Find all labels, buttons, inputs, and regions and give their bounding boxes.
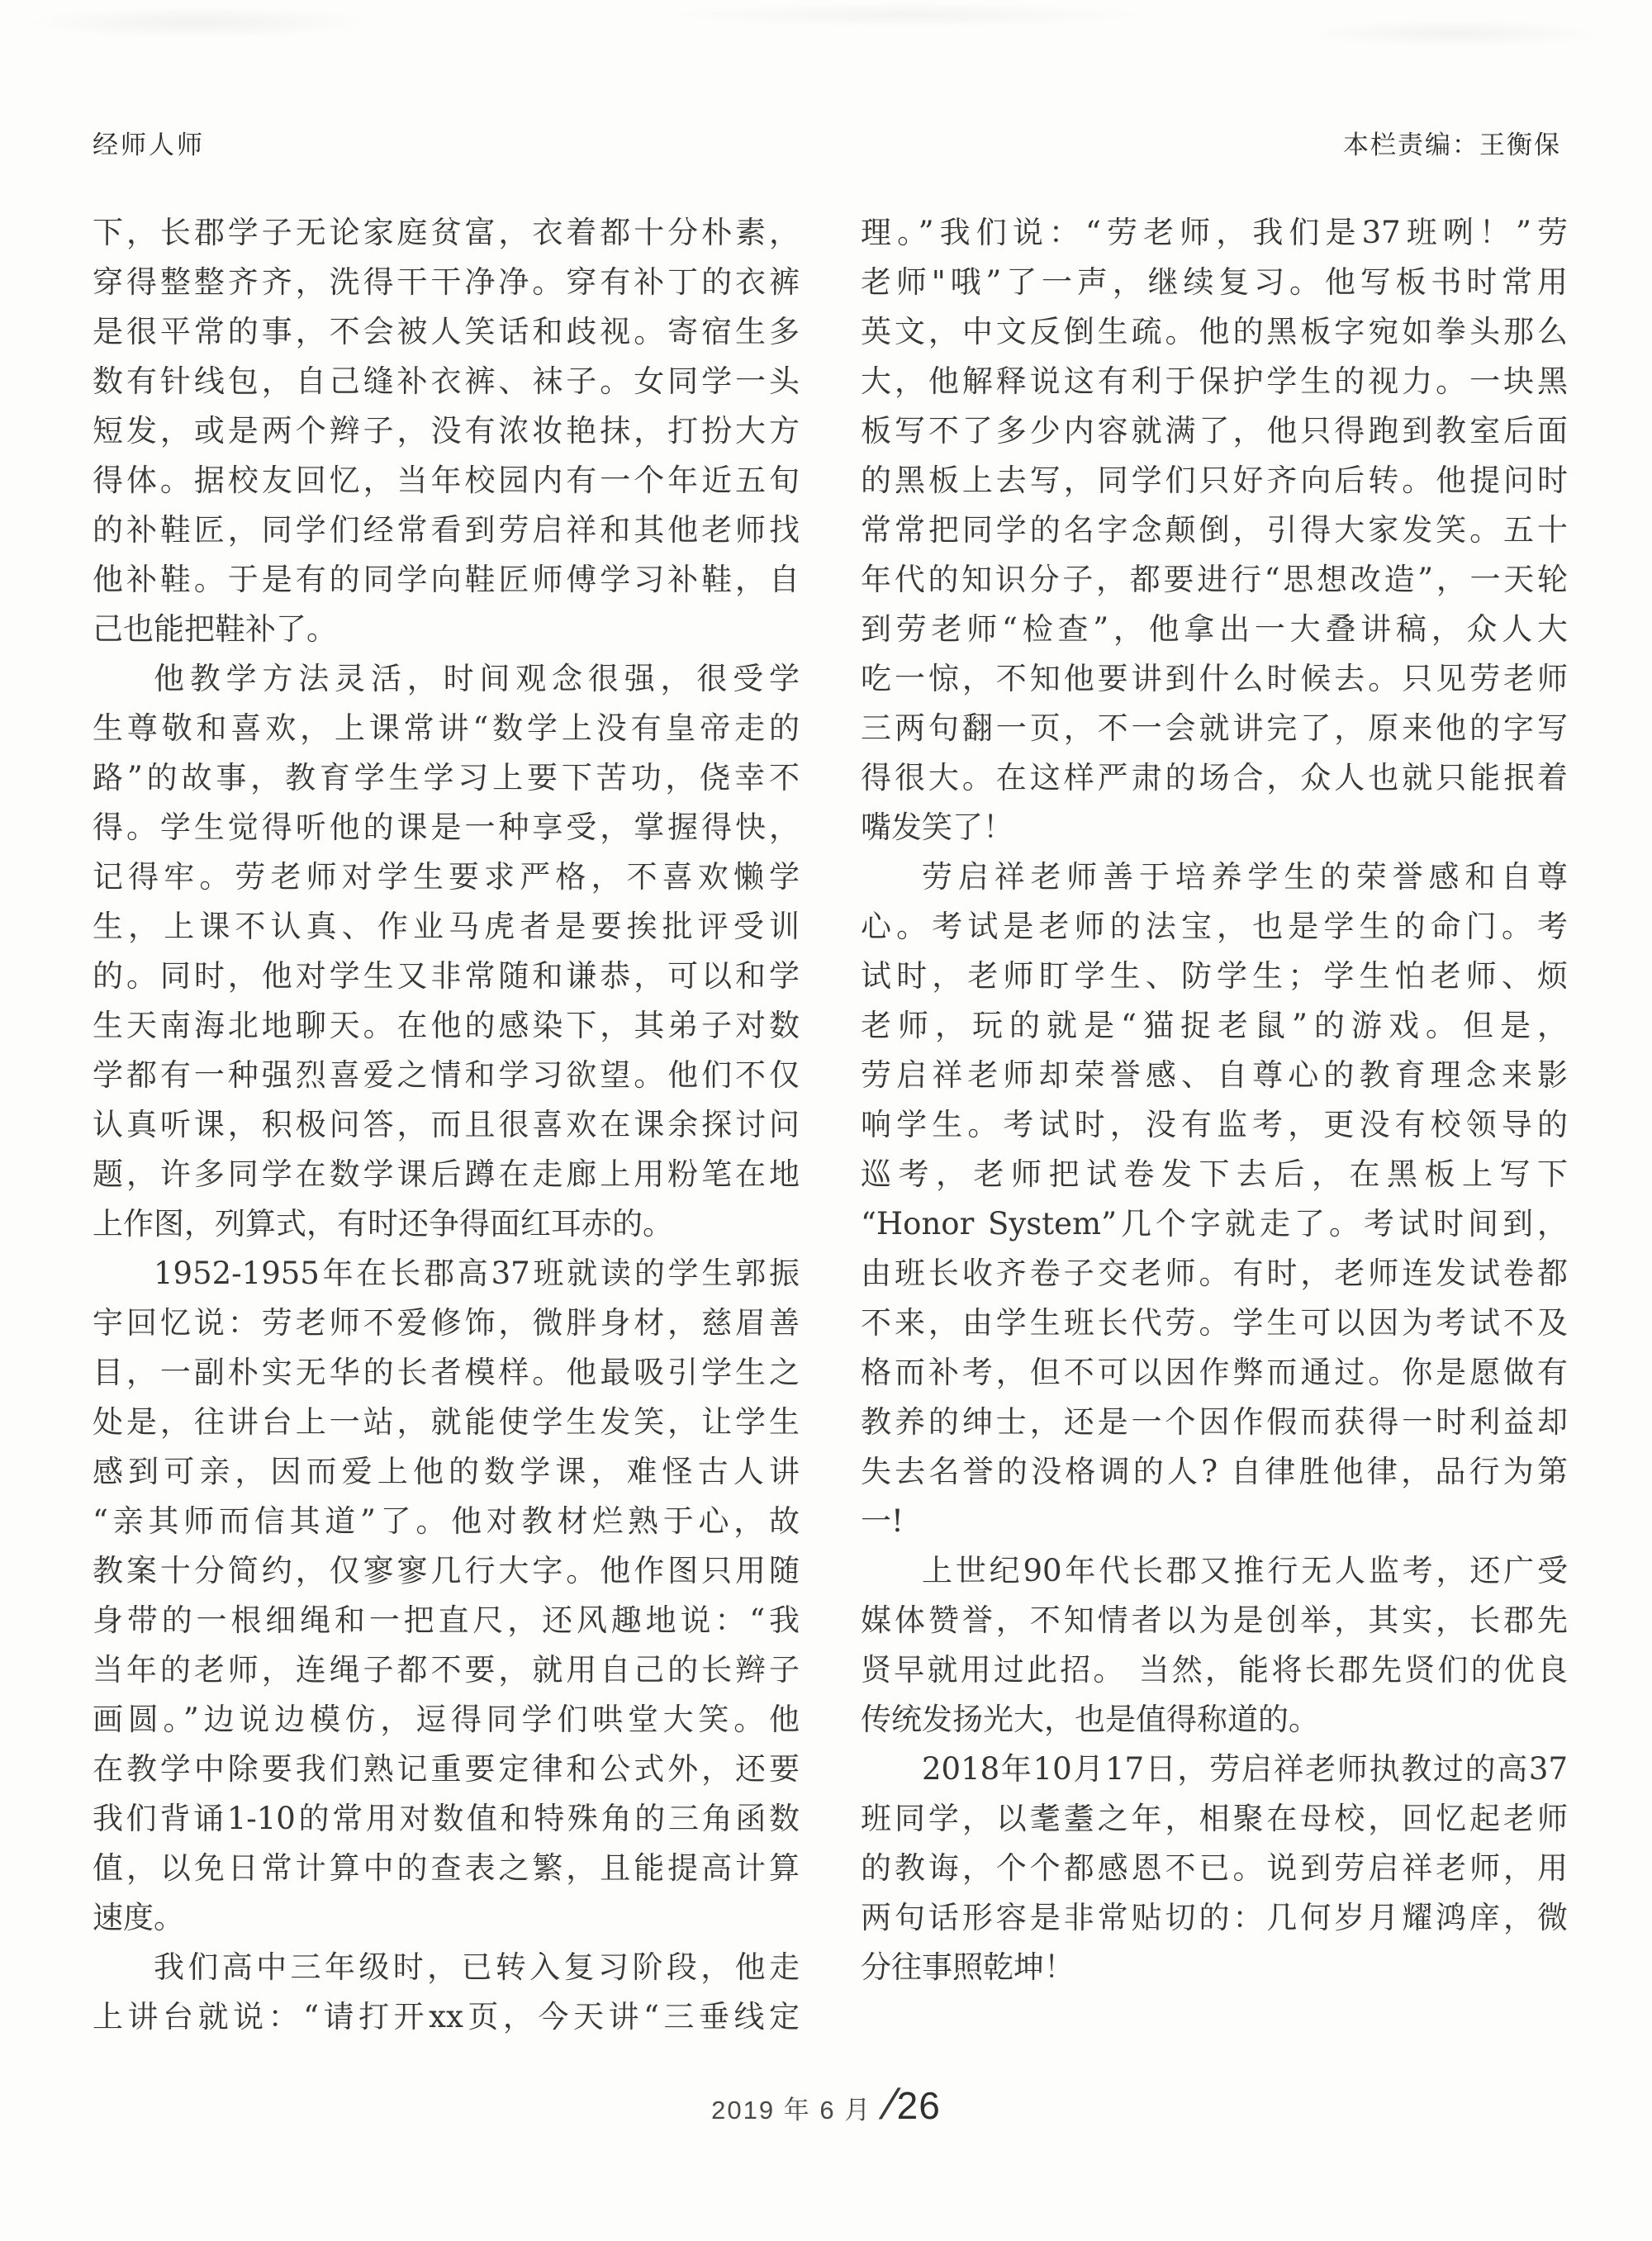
text-line: 班同学，以耄耋之年，相聚在母校，回忆起老师 (861, 1794, 1568, 1844)
text-line: 得体。据校友回忆，当年校园内有一个年近五旬 (93, 456, 800, 506)
text-line: 身带的一根细绳和一把直尺，还风趣地说：“我 (93, 1596, 800, 1645)
text-line: 值，以免日常计算中的查表之繁，且能提高计算 (93, 1844, 800, 1893)
page-footer: 2019 年 6 月 / 26 (0, 2080, 1652, 2129)
text-line: 到劳老师“检查”，他拿出一大叠讲稿，众人大 (861, 605, 1568, 654)
text-line: 三两句翻一页，不一会就讲完了，原来他的字写 (861, 704, 1568, 753)
text-line: 嘴发笑了！ (861, 803, 1568, 852)
text-line: 劳启祥老师却荣誉感、自尊心的教育理念来影 (861, 1051, 1568, 1100)
text-line: 巡考，老师把试卷发下去后，在黑板上写下 (861, 1150, 1568, 1199)
text-line: 是很平常的事，不会被人笑话和歧视。寄宿生多 (93, 307, 800, 357)
text-line: 学都有一种强烈喜爱之情和学习欲望。他们不仅 (93, 1051, 800, 1100)
header-editor-credit: 本栏责编：王衡保 (1343, 124, 1561, 161)
text-line: 常常把同学的名字念颠倒，引得大家发笑。五十 (861, 506, 1568, 555)
text-line: 由班长收齐卷子交老师。有时，老师连发试卷都 (861, 1249, 1568, 1299)
text-line: 媒体赞誉，不知情者以为是创举，其实，长郡先 (861, 1596, 1568, 1645)
text-line: 上作图，列算式，有时还争得面红耳赤的。 (93, 1199, 800, 1249)
text-line: 短发，或是两个辫子，没有浓妆艳抹，打扮大方 (93, 406, 800, 456)
footer-separator-slash: / (880, 2080, 899, 2129)
text-line: 教案十分简约，仅寥寥几行大字。他作图只用随 (93, 1546, 800, 1596)
text-line: 生尊敬和喜欢，上课常讲“数学上没有皇帝走的 (93, 704, 800, 753)
text-line: 教养的绅士，还是一个因作假而获得一时利益却 (861, 1398, 1568, 1447)
text-line: 下，长郡学子无论家庭贫富，衣着都十分朴素， (93, 208, 800, 258)
header-section-title: 经师人师 (93, 124, 205, 161)
footer-page-number: 26 (897, 2083, 941, 2128)
text-line: 失去名誉的没格调的人? 自律胜他律，品行为第 (861, 1447, 1568, 1497)
text-line: 我们高中三年级时，已转入复习阶段，他走 (93, 1943, 800, 1992)
footer-issue-date: 2019 年 6 月 (711, 2089, 871, 2126)
text-line: 一! (861, 1497, 1568, 1546)
text-line: 试时，老师盯学生、防学生；学生怕老师、烦 (861, 952, 1568, 1001)
text-line: 他教学方法灵活，时间观念很强，很受学 (93, 654, 800, 704)
text-line: 传统发扬光大，也是值得称道的。 (861, 1695, 1568, 1745)
text-line: 目，一副朴实无华的长者模样。他最吸引学生之 (93, 1348, 800, 1398)
text-line: 劳启祥老师善于培养学生的荣誉感和自尊 (861, 852, 1568, 902)
text-line: 我们背诵1-10的常用对数值和特殊角的三角函数 (93, 1794, 800, 1844)
text-line: 上讲台就说：“请打开xx页，今天讲“三垂线定 (93, 1992, 800, 2042)
text-line: 上世纪90年代长郡又推行无人监考，还广受 (861, 1546, 1568, 1596)
text-line: 宇回忆说：劳老师不爱修饰，微胖身材，慈眉善 (93, 1299, 800, 1348)
text-line: 他补鞋。于是有的同学向鞋匠师傅学习补鞋，自 (93, 555, 800, 605)
text-line: 的补鞋匠，同学们经常看到劳启祥和其他老师找 (93, 506, 800, 555)
text-line: 处是，往讲台上一站，就能使学生发笑，让学生 (93, 1398, 800, 1447)
text-line: 在教学中除要我们熟记重要定律和公式外，还要 (93, 1745, 800, 1794)
text-line: 生，上课不认真、作业马虎者是要挨批评受训 (93, 902, 800, 952)
text-line: 格而补考，但不可以因作弊而通过。你是愿做有 (861, 1348, 1568, 1398)
text-line: 心。考试是老师的法宝，也是学生的命门。考 (861, 902, 1568, 952)
magazine-page: 经师人师 本栏责编：王衡保 下，长郡学子无论家庭贫富，衣着都十分朴素，穿得整整齐… (0, 0, 1652, 2241)
text-line: 画圆。”边说边模仿，逗得同学们哄堂大笑。他 (93, 1695, 800, 1745)
text-line: 记得牢。劳老师对学生要求严格，不喜欢懒学 (93, 852, 800, 902)
text-line: 题，许多同学在数学课后蹲在走廊上用粉笔在地 (93, 1150, 800, 1199)
text-line: 响学生。考试时，没有监考，更没有校领导的 (861, 1100, 1568, 1150)
text-line: 1952-1955年在长郡高37班就读的学生郭振 (93, 1249, 800, 1299)
text-line: 穿得整整齐齐，洗得干干净净。穿有补丁的衣裤 (93, 258, 800, 307)
text-line: 分往事照乾坤！ (861, 1943, 1568, 1992)
text-line: 吃一惊，不知他要讲到什么时候去。只见劳老师 (861, 654, 1568, 704)
text-line: 己也能把鞋补了。 (93, 605, 800, 654)
text-line: “Honor System”几个字就走了。考试时间到， (861, 1199, 1568, 1249)
text-line: 大，他解释说这有利于保护学生的视力。一块黑 (861, 357, 1568, 406)
text-line: 两句话形容是非常贴切的：几何岁月耀鸿庠，微 (861, 1893, 1568, 1943)
text-line: 不来，由学生班长代劳。学生可以因为考试不及 (861, 1299, 1568, 1348)
text-line: 感到可亲，因而爱上他的数学课，难怪古人讲 (93, 1447, 800, 1497)
text-line: 当年的老师，连绳子都不要，就用自己的长辫子 (93, 1645, 800, 1695)
text-line: 速度。 (93, 1893, 800, 1943)
text-line: 贤早就用过此招。 当然，能将长郡先贤们的优良 (861, 1645, 1568, 1695)
text-line: 老师，玩的就是“猫捉老鼠”的游戏。但是， (861, 1001, 1568, 1051)
right-column: 理。”我们说：“劳老师，我们是37班咧！”劳老师"哦”了一声，继续复习。他写板书… (861, 208, 1568, 2042)
text-line: 的黑板上去写，同学们只好齐向后转。他提问时 (861, 456, 1568, 506)
text-line: 得很大。在这样严肃的场合，众人也就只能抿着 (861, 753, 1568, 803)
text-line: “亲其师而信其道”了。他对教材烂熟于心，故 (93, 1497, 800, 1546)
text-line: 路”的故事，教育学生学习上要下苦功，侥幸不 (93, 753, 800, 803)
text-line: 数有针线包，自己缝补衣裤、袜子。女同学一头 (93, 357, 800, 406)
article-body: 下，长郡学子无论家庭贫富，衣着都十分朴素，穿得整整齐齐，洗得干干净净。穿有补丁的… (93, 208, 1568, 2042)
text-line: 生天南海北地聊天。在他的感染下，其弟子对数 (93, 1001, 800, 1051)
text-line: 板写不了多少内容就满了，他只得跑到教室后面 (861, 406, 1568, 456)
text-line: 的。同时，他对学生又非常随和谦恭，可以和学 (93, 952, 800, 1001)
text-line: 2018年10月17日，劳启祥老师执教过的高37 (861, 1745, 1568, 1794)
text-line: 得。学生觉得听他的课是一种享受，掌握得快， (93, 803, 800, 852)
text-line: 老师"哦”了一声，继续复习。他写板书时常用 (861, 258, 1568, 307)
text-line: 理。”我们说：“劳老师，我们是37班咧！”劳 (861, 208, 1568, 258)
text-line: 英文，中文反倒生疏。他的黑板字宛如拳头那么 (861, 307, 1568, 357)
text-line: 年代的知识分子，都要进行“思想改造”，一天轮 (861, 555, 1568, 605)
text-line: 认真听课，积极问答，而且很喜欢在课余探讨问 (93, 1100, 800, 1150)
text-line: 的教诲，个个都感恩不已。说到劳启祥老师，用 (861, 1844, 1568, 1893)
left-column: 下，长郡学子无论家庭贫富，衣着都十分朴素，穿得整整齐齐，洗得干干净净。穿有补丁的… (93, 208, 800, 2042)
page-header: 经师人师 本栏责编：王衡保 (93, 124, 1561, 161)
